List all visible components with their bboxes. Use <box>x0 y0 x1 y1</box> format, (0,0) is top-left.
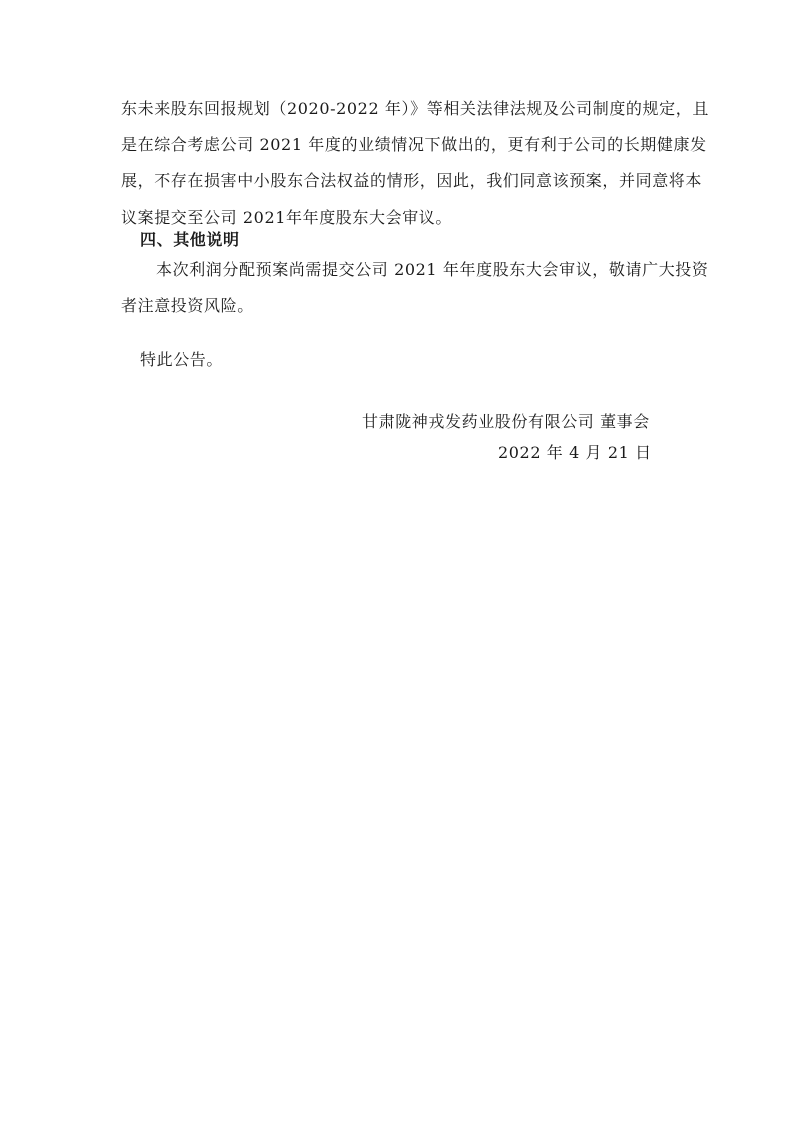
signature-date: 2022 年 4 月 21 日 <box>498 435 652 471</box>
paragraph-line: 者注意投资风险。 <box>121 288 672 324</box>
paragraph-line: 展，不存在损害中小股东合法权益的情形，因此，我们同意该预案，并同意将本 <box>121 163 672 199</box>
document-page: 东未来股东回报规划（2020-2022 年）》等相关法律法规及公司制度的规定，且… <box>0 0 793 1122</box>
paragraph-line: 本次利润分配预案尚需提交公司 2021 年年度股东大会审议，敬请广大投资 <box>156 252 672 288</box>
paragraph-line: 是在综合考虑公司 2021 年度的业绩情况下做出的，更有利于公司的长期健康发 <box>121 127 672 163</box>
closing-statement: 特此公告。 <box>140 342 223 378</box>
paragraph-line: 东未来股东回报规划（2020-2022 年）》等相关法律法规及公司制度的规定，且 <box>121 91 672 127</box>
